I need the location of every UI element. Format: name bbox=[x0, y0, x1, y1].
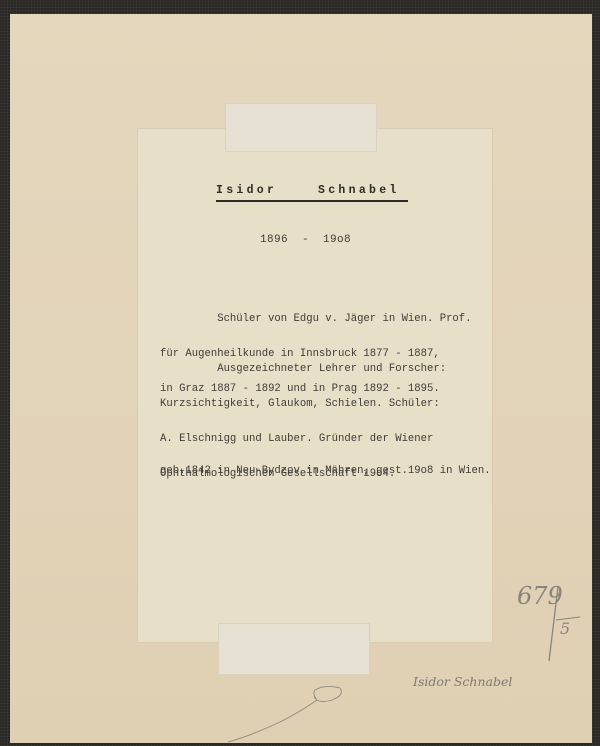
pencil-loop-mark bbox=[228, 686, 341, 742]
catalog-slash-mark bbox=[549, 587, 558, 661]
catalog-sub-underline-mark bbox=[556, 617, 580, 620]
pencil-marks bbox=[0, 0, 600, 746]
